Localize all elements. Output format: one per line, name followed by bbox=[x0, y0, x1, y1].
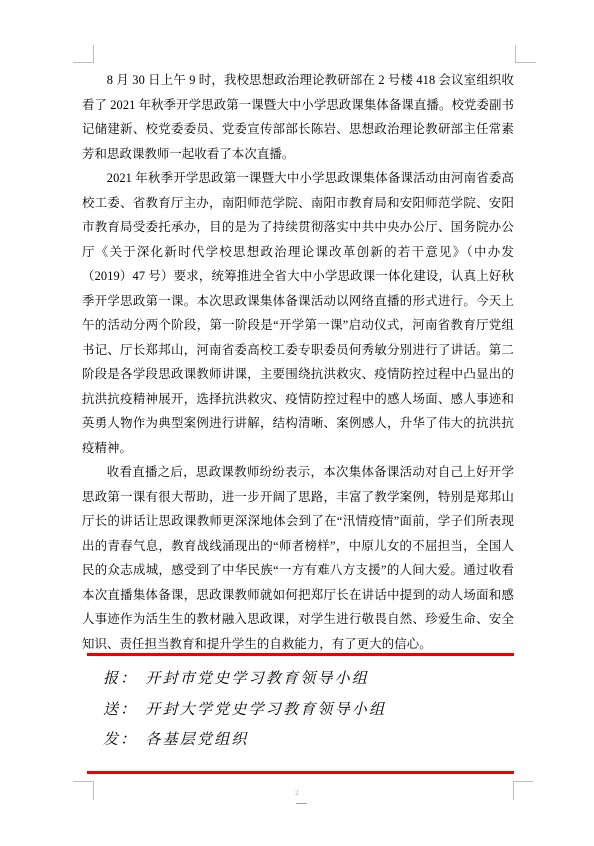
body-paragraph: 2021 年秋季开学思政第一课暨大中小学思政课集体备课活动由河南省委高校工委、省… bbox=[82, 166, 514, 460]
red-rule-bottom bbox=[87, 771, 514, 774]
distribution-line-report: 报：开封市党史学习教育领导小组 bbox=[103, 664, 514, 695]
distribution-prefix: 发： bbox=[103, 732, 137, 748]
document-body: 8 月 30 日上午 9 时，我校思想政治理论教研部在 2 号楼 418 会议室… bbox=[82, 68, 514, 656]
distribution-text: 各基层党组织 bbox=[145, 732, 248, 748]
body-paragraph: 8 月 30 日上午 9 时，我校思想政治理论教研部在 2 号楼 418 会议室… bbox=[82, 68, 514, 166]
distribution-prefix: 送： bbox=[103, 702, 137, 718]
distribution-prefix: 报： bbox=[103, 671, 137, 687]
page-number: 2 bbox=[0, 789, 594, 797]
distribution-section: 报：开封市党史学习教育领导小组 送：开封大学党史学习教育领导小组 发：各基层党组… bbox=[87, 653, 514, 774]
distribution-text: 开封市党史学习教育领导小组 bbox=[145, 671, 369, 687]
distribution-text: 开封大学党史学习教育领导小组 bbox=[145, 702, 386, 718]
crop-mark-top-right-icon bbox=[515, 45, 536, 63]
crop-mark-top-left-icon bbox=[73, 45, 94, 63]
red-rule-top bbox=[87, 653, 514, 656]
distribution-line-send: 送：开封大学党史学习教育领导小组 bbox=[103, 695, 514, 726]
document-page: 8 月 30 日上午 9 时，我校思想政治理论教研部在 2 号楼 418 会议室… bbox=[0, 0, 594, 846]
distribution-list: 报：开封市党史学习教育领导小组 送：开封大学党史学习教育领导小组 发：各基层党组… bbox=[87, 664, 514, 756]
body-paragraph: 收看直播之后，思政课教师纷纷表示，本次集体备课活动对自己上好开学思政第一课有很大… bbox=[82, 460, 514, 656]
page-number-underline bbox=[296, 803, 307, 804]
distribution-line-issue: 发：各基层党组织 bbox=[103, 725, 514, 756]
